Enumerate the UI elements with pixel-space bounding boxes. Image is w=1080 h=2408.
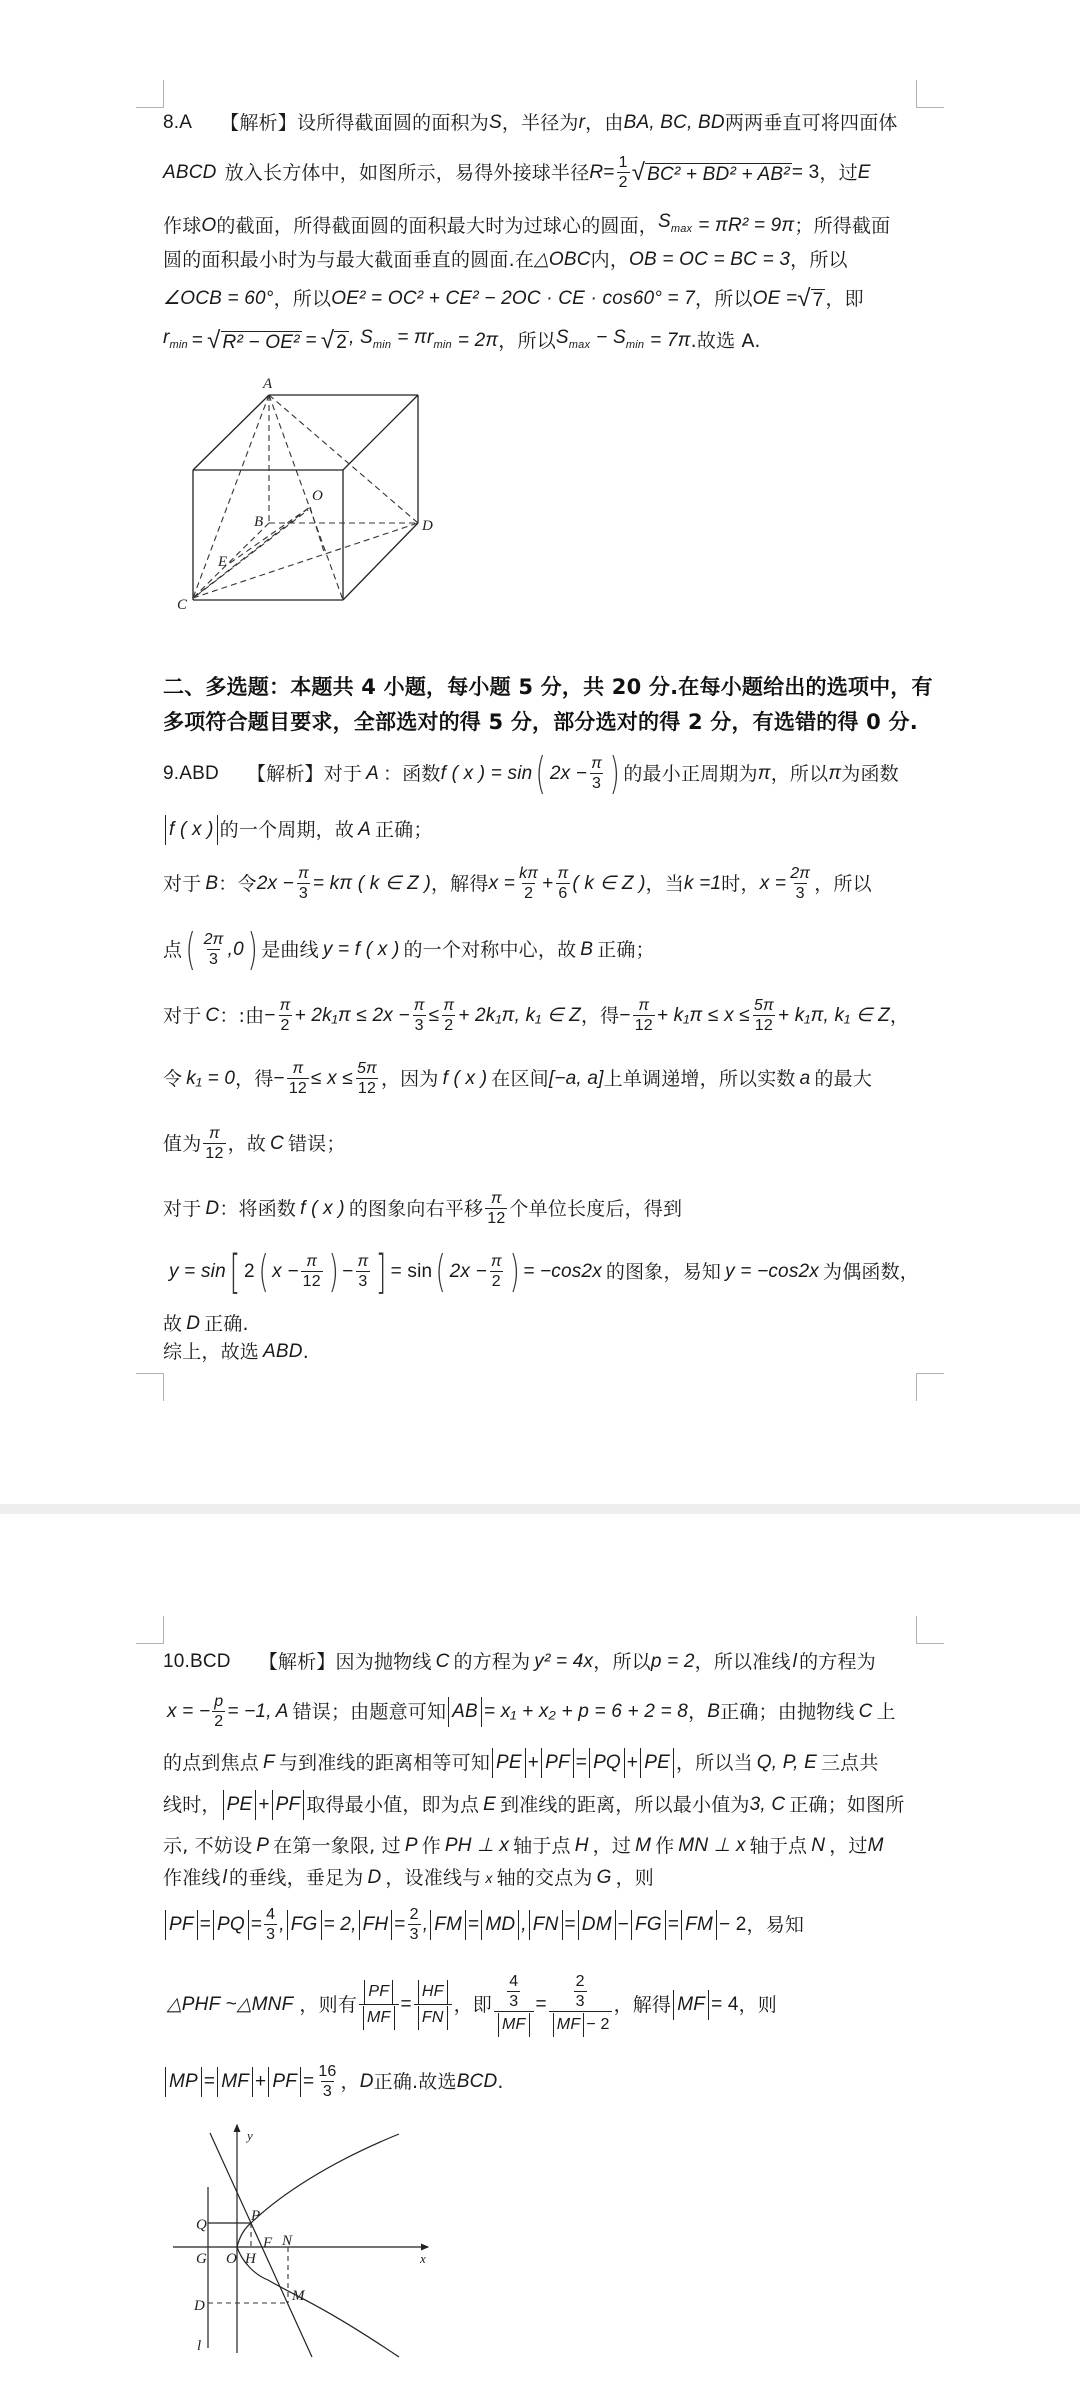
p10-line-4: 线时， PE + PF 取得最小值，即为点 E 到准线的距离，所以最小值为 3,… (163, 1790, 905, 1820)
text: 的方程为 (453, 1650, 530, 1674)
math-expr: 3, C (750, 1793, 786, 1817)
math-expr: = x₁ + x₂ + p = 6 + 2 = 8 (484, 1700, 688, 1724)
abs-value: MD (481, 1910, 519, 1940)
text: 错误； (288, 1132, 346, 1156)
fraction: π2 (441, 997, 456, 1035)
text: 对于 (324, 762, 362, 786)
text: 正确.故选 (374, 2070, 457, 2094)
text: ，设准线与 (385, 1866, 481, 1890)
p8-line-6: rmin = √R² − OE² = √2 , Smin = πrmin = 2… (163, 326, 761, 356)
math-op: − (264, 1004, 275, 1028)
fraction: π12 (203, 1125, 225, 1163)
math-var: D (367, 1866, 381, 1890)
fraction: π2 (489, 1253, 504, 1291)
text: 的垂线，垂足为 (229, 1866, 363, 1890)
svg-text:E: E (217, 554, 227, 570)
math-expr: x − (272, 1260, 298, 1284)
p10-line-1: 10.BCD 【解析】 因为抛物线 C 的方程为 y² = 4x ，所以 p =… (163, 1650, 876, 1674)
abs-value: PE (223, 1790, 257, 1820)
math-var: N (811, 1834, 825, 1858)
text: ，易知 (747, 1913, 805, 1937)
text: ：:由 (219, 1004, 264, 1028)
math-expr: + k₁π, k₁ ∈ Z (778, 1004, 890, 1028)
problem-number: 10.BCD (163, 1650, 231, 1674)
fraction: 43 (264, 1906, 277, 1944)
math-op: + (627, 1751, 638, 1775)
sqrt: √7 (797, 286, 825, 312)
text: ，故 (228, 1132, 266, 1156)
text: ，即 (825, 287, 863, 311)
fraction: π12 (485, 1190, 507, 1228)
text: 对于 (163, 1197, 201, 1221)
math-expr: △PHF ~△MNF (167, 1993, 293, 2017)
text: ，则 (739, 1993, 777, 2017)
math-expr: y = f ( x ) (323, 938, 400, 962)
math-expr: OB = OC = BC = 3 (629, 248, 790, 272)
fraction: HFFN (414, 1980, 452, 2030)
text: 的一个周期，故 (220, 818, 354, 842)
math-var: x (485, 1866, 492, 1890)
math-var: π (758, 762, 771, 786)
p8-line-5: ∠OCB = 60° ，所以 OE² = OC² + CE² − 2OC · C… (163, 286, 864, 312)
page2-corner-mark-top-left (136, 1616, 164, 1644)
math-expr: [−a, a] (549, 1067, 604, 1091)
parabola-figure: y x P Q G O H F N M D l (150, 2100, 450, 2408)
math-expr: △OBC (534, 248, 591, 272)
text: 因为抛物线 (336, 1650, 432, 1674)
abs-value: PF (272, 1790, 305, 1820)
abs-value: MF (217, 2067, 253, 2097)
text: . (497, 2070, 503, 2094)
math-var: C (270, 1132, 284, 1156)
text: ，过 (819, 161, 857, 185)
text: ，解得 (614, 1993, 672, 2017)
svg-text:x: x (419, 2251, 426, 2266)
math-expr: x = (489, 872, 515, 896)
analysis-tag: 【解析】 (220, 111, 297, 135)
math-expr: + 2k₁π, k₁ ∈ Z (458, 1004, 581, 1028)
math-var: D (360, 2070, 374, 2094)
math-expr: + 2k₁π ≤ 2x − (295, 1004, 410, 1028)
text: 三点共 (821, 1751, 879, 1775)
text: ，因为 (381, 1067, 439, 1091)
text: 为函数 (841, 762, 899, 786)
math-op: = (200, 1913, 211, 1937)
text: 线时， (163, 1793, 221, 1817)
math-var: D (205, 1197, 219, 1221)
text: . (303, 1340, 309, 1364)
text: ，所以准线 (695, 1650, 791, 1674)
text: 取得最小值，即为点 (306, 1793, 479, 1817)
math-op: = (468, 1913, 479, 1937)
text: ，得 (235, 1067, 273, 1091)
problem-number: 9.ABD (163, 762, 219, 786)
text: 综上，故选 (163, 1340, 259, 1364)
svg-text:l: l (197, 2338, 201, 2354)
math-op: + (255, 2070, 266, 2094)
math-op: = (576, 1751, 587, 1775)
svg-text:D: D (421, 518, 433, 534)
text: 作球 (163, 214, 201, 238)
math-op: = (603, 161, 614, 185)
svg-text:A: A (262, 376, 273, 392)
text: 与到准线的距离相等可知 (279, 1751, 490, 1775)
abs-value: f ( x ) (165, 815, 218, 845)
math-op: = (394, 1913, 405, 1937)
text: 上单调递增，所以实数 (604, 1067, 796, 1091)
math-var: a (800, 1067, 811, 1091)
math-expr: y = −cos2x (725, 1260, 819, 1284)
text: ，解得 (431, 872, 489, 896)
section-2-heading-line-2: 多项符合题目要求，全部选对的得 5 分，部分选对的得 2 分，有选错的得 0 分… (163, 709, 918, 735)
math-op: − (274, 1067, 285, 1091)
text: 示, 不妨设 (163, 1834, 252, 1858)
text: 的最大 (814, 1067, 872, 1091)
text: ，过 (829, 1834, 867, 1858)
fraction: 5π12 (355, 1060, 379, 1098)
math-var: − Smin (596, 326, 644, 357)
math-var: Smax (556, 326, 590, 357)
text: ：令 (218, 872, 256, 896)
p9-line-5: 对于 C ：:由 − π2 + 2k₁π ≤ 2x − π3 ≤ π2 + 2k… (163, 994, 909, 1038)
text: ，则有 (299, 1993, 357, 2017)
math-op: + (542, 872, 553, 896)
text: ，所以 (771, 762, 829, 786)
p8-line-1: 8.A 【解析】 设所得截面圆的面积为 S ，半径为 r ，由 BA, BC, … (163, 111, 898, 135)
math-expr: Q, P, E (757, 1751, 817, 1775)
compound-fraction: 43MF (494, 1973, 534, 2037)
abs-value: MP (165, 2067, 202, 2097)
text: 是曲线 (261, 938, 319, 962)
abs-value: PE (640, 1748, 674, 1778)
svg-text:y: y (245, 2128, 253, 2143)
text: 作 (422, 1834, 441, 1858)
text: 的方程为 (799, 1650, 876, 1674)
abs-value: FG (631, 1910, 666, 1940)
abs-value: FM (430, 1910, 466, 1940)
text: ，当 (646, 872, 684, 896)
math-expr: + k₁π ≤ x ≤ (657, 1004, 750, 1028)
text: ，半径为 (502, 111, 579, 135)
math-expr: 2x − (257, 872, 294, 896)
page-corner-mark-bottom-right (916, 1373, 944, 1401)
text: ，所以 (498, 329, 556, 353)
fraction: π3 (356, 1253, 371, 1291)
text: 故 (163, 1312, 182, 1336)
fraction: PFMF (359, 1980, 399, 2030)
math-expr: 2x − (550, 762, 587, 786)
p10-line-2: x = − p2 = −1, A 错误；由题意可知 AB = x₁ + x₂ +… (163, 1690, 896, 1734)
page-separator (0, 1504, 1080, 1514)
fraction: π12 (633, 997, 655, 1035)
text: 的最小正周期为 (623, 762, 757, 786)
math-expr: = πR² = 9π (698, 214, 794, 238)
abs-value: MF (673, 1990, 709, 2020)
math-var: E (483, 1793, 496, 1817)
p10-line-5: 示, 不妨设 P 在第一象限, 过 P 作 PH ⊥ x 轴于点 H ，过 M … (163, 1834, 884, 1858)
math-var: M (635, 1834, 651, 1858)
text: .故选 A. (691, 329, 761, 353)
fraction: π12 (301, 1253, 323, 1291)
text: 放入长方体中，如图所示，易得外接球半径 (225, 161, 590, 185)
math-op: , (279, 1913, 284, 1937)
svg-text:O: O (226, 2251, 237, 2267)
p9-line-9: y = sin [ 2 ( x − π12 ) − π3 ] = sin ( 2… (163, 1250, 919, 1294)
abs-value: FN (529, 1910, 563, 1940)
math-op: = (668, 1913, 679, 1937)
math-expr: k =1 (684, 872, 721, 896)
math-var: E (858, 161, 871, 185)
p10-line-3: 的点到焦点 F 与到准线的距离相等可知 PE + PF = PQ + PE ，所… (163, 1748, 879, 1778)
math-var: l (223, 1866, 227, 1890)
p10-line-9: MP = MF + PF = 163 ， D 正确.故选 BCD . (163, 2060, 504, 2104)
answer: ABD (263, 1340, 303, 1364)
fraction: 163 (316, 2063, 338, 2101)
fraction: π3 (589, 755, 604, 793)
math-var: F (263, 1751, 275, 1775)
text: 上 (876, 1700, 895, 1724)
math-op: = (303, 2070, 314, 2094)
math-var: P (405, 1834, 418, 1858)
text: 正确. (204, 1312, 249, 1336)
math-var: A (366, 762, 379, 786)
abs-value: PE (492, 1748, 526, 1778)
sqrt: √R² − OE² (207, 328, 301, 354)
compound-fraction: 23MF− 2 (549, 1973, 612, 2037)
text: ， (688, 1700, 707, 1724)
math-var: A (276, 1700, 289, 1724)
abs-value: DM (578, 1910, 616, 1940)
page-corner-mark-top-right (916, 80, 944, 108)
analysis-tag: 【解析】 (259, 1650, 336, 1674)
math-expr: OE² = OC² + CE² − 2OC · CE · cos60° = 7 (331, 287, 695, 311)
text: 的图象向右平移 (349, 1197, 483, 1221)
math-var: C (859, 1700, 873, 1724)
text: 点 (163, 938, 182, 962)
math-var: B (205, 872, 218, 896)
p9-line-2: f ( x ) 的一个周期，故 A 正确； (163, 815, 433, 845)
svg-text:H: H (244, 2251, 257, 2267)
text: 错误；由题意可知 (293, 1700, 447, 1724)
svg-text:C: C (177, 597, 188, 613)
fraction: π3 (412, 997, 427, 1035)
text: 正确；如图所 (789, 1793, 904, 1817)
math-num: 2 (244, 1260, 255, 1284)
svg-text:G: G (196, 2251, 207, 2267)
sqrt: √2 (321, 328, 349, 354)
text: 时， (721, 872, 759, 896)
fraction: p2 (212, 1693, 225, 1731)
page-corner-mark-bottom-left (136, 1373, 164, 1401)
text: ，过 (593, 1834, 631, 1858)
math-expr: = −cos2x (523, 1260, 602, 1284)
math-op: − (618, 1913, 629, 1937)
fraction: π6 (555, 865, 570, 903)
text: ，则 (616, 1866, 654, 1890)
text: 轴的交点为 (497, 1866, 593, 1890)
math-expr: 2x − (450, 1260, 487, 1284)
math-expr: = 2π (458, 329, 498, 353)
svg-text:O: O (312, 488, 323, 504)
math-op: = (401, 1993, 412, 2017)
math-expr: y = sin (169, 1260, 226, 1284)
text: 令 (163, 1067, 182, 1091)
text: 正确； (597, 938, 655, 962)
text: ，所以当 (676, 1751, 753, 1775)
text: ， (890, 1004, 909, 1028)
text: 的图象，易知 (606, 1260, 721, 1284)
p9-line-10: 故 D 正确. (163, 1312, 249, 1336)
text: 作准线 (163, 1866, 221, 1890)
math-expr: = 3 (792, 161, 820, 185)
math-op: = (204, 2070, 215, 2094)
p9-line-6: 令 k₁ = 0 ，得 − π12 ≤ x ≤ 5π12 ，因为 f ( x )… (163, 1057, 872, 1101)
math-op: − (619, 1004, 630, 1028)
fraction: π12 (287, 1060, 309, 1098)
text: ，由 (585, 111, 623, 135)
text: 设所得截面圆的面积为 (297, 111, 489, 135)
math-expr: = −1, (227, 1700, 271, 1724)
math-op: = (565, 1913, 576, 1937)
math-var: G (597, 1866, 612, 1890)
text: 圆的面积最小时为与最大截面垂直的圆面.在 (163, 248, 534, 272)
page-corner-mark-top-left (136, 80, 164, 108)
p9-line-1: 9.ABD 【解析】 对于 A ：函数 f ( x ) = sin ( 2x −… (163, 752, 899, 796)
section-2-heading-line-1: 二、多选题：本题共 4 小题，每小题 5 分，共 20 分.在每小题给出的选项中… (163, 674, 933, 700)
math-expr: f ( x ) (300, 1197, 345, 1221)
abs-value: FH (359, 1910, 393, 1940)
math-expr: k₁ = 0 (186, 1067, 235, 1091)
text: 作 (655, 1834, 674, 1858)
svg-text:B: B (254, 514, 263, 530)
text: 个单位长度后，得到 (509, 1197, 682, 1221)
text: ，即 (454, 1993, 492, 2017)
math-var: S (489, 111, 502, 135)
text: 为偶函数， (823, 1260, 919, 1284)
math-op: , (521, 1913, 526, 1937)
math-op: = (251, 1913, 262, 1937)
math-var: l (793, 1650, 797, 1674)
math-expr: ≤ x ≤ (311, 1067, 353, 1091)
text: ， (341, 2070, 360, 2094)
text: ；所得截面 (794, 214, 890, 238)
text: 轴于点 (750, 1834, 808, 1858)
math-var: M (868, 1834, 884, 1858)
svg-text:Q: Q (196, 2217, 207, 2233)
p9-line-8: 对于 D ：将函数 f ( x ) 的图象向右平移 π12 个单位长度后，得到 (163, 1187, 682, 1231)
abs-value: PF (268, 2067, 301, 2097)
math-expr: ,0 (228, 938, 244, 962)
math-var: R (589, 161, 603, 185)
fraction: 2π3 (788, 865, 812, 903)
math-var: C (436, 1650, 450, 1674)
text: 的截面，所得截面圆的面积最大时为过球心的圆面， (216, 214, 658, 238)
math-expr: f ( x ) = sin (441, 762, 533, 786)
math-expr: = πrmin (397, 326, 452, 357)
math-expr: = 7π (650, 329, 690, 353)
math-var: B (707, 1700, 720, 1724)
math-op: = (192, 329, 203, 353)
math-expr: y² = 4x (534, 1650, 593, 1674)
fraction: 5π12 (752, 997, 776, 1035)
math-expr: − 2 (719, 1913, 747, 1937)
math-var: H (575, 1834, 589, 1858)
math-var: , Smin (349, 326, 391, 357)
p10-line-7: PF = PQ = 43 , FG = 2, FH = 23 , FM = MD… (163, 1903, 804, 1947)
math-var: O (201, 214, 216, 238)
math-expr: x = (760, 872, 786, 896)
abs-value: FG (287, 1910, 322, 1940)
abs-value: AB (448, 1697, 482, 1727)
math-var: D (186, 1312, 200, 1336)
math-op: = (306, 329, 317, 353)
svg-text:F: F (262, 2235, 273, 2251)
text: 在第一象限, 过 (273, 1834, 401, 1858)
text: 对于 (163, 872, 201, 896)
text: ，所以 (695, 287, 753, 311)
math-op: , (423, 1913, 428, 1937)
math-expr: f ( x ) (443, 1067, 488, 1091)
text: 到准线的距离，所以最小值为 (500, 1793, 750, 1817)
math-var: rmin (163, 326, 188, 357)
math-var: π (828, 762, 841, 786)
math-op: + (258, 1793, 269, 1817)
math-expr: ∠OCB = 60° (163, 287, 274, 311)
fraction: π3 (296, 865, 311, 903)
math-expr: MN ⊥ x (678, 1834, 745, 1858)
fraction: 2π3 (202, 931, 226, 969)
text: ：函数 (383, 762, 441, 786)
text: ，所以 (814, 872, 872, 896)
text: 的点到焦点 (163, 1751, 259, 1775)
math-expr: PH ⊥ x (445, 1834, 509, 1858)
math-expr: x = − (167, 1700, 210, 1724)
math-expr: p = 2 (651, 1650, 695, 1674)
sqrt: √BC² + BD² + AB² (632, 160, 792, 186)
fraction: π2 (278, 997, 293, 1035)
math-expr: = sin (391, 1260, 433, 1284)
svg-text:N: N (281, 2233, 293, 2249)
math-var: Smax (658, 210, 692, 241)
math-var: ABCD (163, 161, 217, 185)
text: 在区间 (491, 1067, 549, 1091)
text: ，所以 (593, 1650, 651, 1674)
p8-line-4: 圆的面积最小时为与最大截面垂直的圆面.在 △OBC 内， OB = OC = B… (163, 248, 848, 272)
text: 两两垂直可将四面体 (725, 111, 898, 135)
problem-number: 8.A (163, 111, 192, 135)
answer: BCD (457, 2070, 498, 2094)
page2-corner-mark-top-right (916, 1616, 944, 1644)
text: 对于 (163, 1004, 201, 1028)
math-var: P (256, 1834, 269, 1858)
text: 值为 (163, 1132, 201, 1156)
text: 内， (591, 248, 629, 272)
svg-text:P: P (250, 2208, 260, 2224)
text: 正确；由抛物线 (720, 1700, 854, 1724)
abs-value: PQ (213, 1910, 249, 1940)
analysis-tag: 【解析】 (247, 762, 324, 786)
math-op: ≤ (429, 1004, 440, 1028)
svg-text:D: D (193, 2298, 205, 2314)
p9-line-4: 点 ( 2π3 ,0 ) 是曲线 y = f ( x ) 的一个对称中心，故 B… (163, 928, 655, 972)
cuboid-figure: P A B C D E O (150, 360, 480, 620)
abs-value: PF (541, 1748, 574, 1778)
p9-line-7: 值为 π12 ，故 C 错误； (163, 1122, 346, 1166)
p9-line-3: 对于 B ：令 2x − π3 = kπ ( k ∈ Z ) ，解得 x = k… (163, 862, 872, 906)
math-op: = (536, 1993, 547, 2017)
text: 轴于点 (513, 1834, 571, 1858)
svg-text:M: M (291, 2288, 306, 2304)
